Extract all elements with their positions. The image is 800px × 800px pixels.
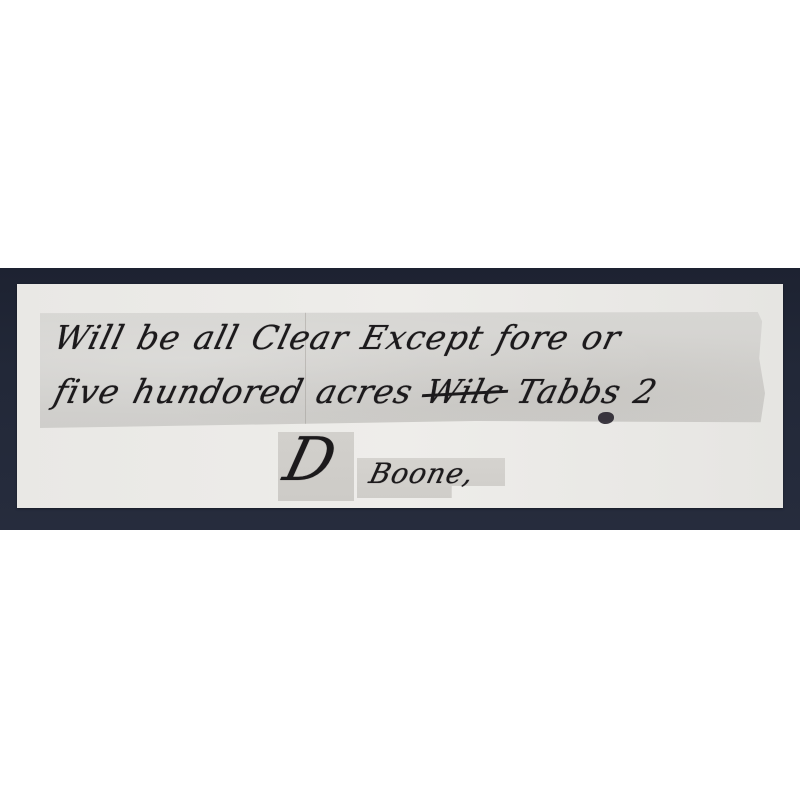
signature-surname: Boone, (367, 460, 478, 488)
word: Will (50, 318, 129, 357)
word: acres (312, 372, 417, 411)
manuscript-line-2: fivehundoredacresWilcTabbs2 (50, 372, 676, 411)
word: five (50, 372, 125, 411)
word: Except (357, 318, 488, 357)
word: be (133, 318, 185, 357)
word: Tabbs (513, 372, 626, 411)
manuscript-line-1: WillbeallClearExceptforeor (50, 318, 639, 357)
word: Clear (248, 318, 354, 357)
word: 2 (630, 372, 662, 411)
struck-through-word: Wilc (422, 372, 509, 411)
word: fore (493, 318, 574, 357)
photo-stage: WillbeallClearExceptforeor fivehundoreda… (0, 0, 800, 800)
word: or (578, 318, 625, 357)
word: all (190, 318, 244, 357)
word: hundored (129, 372, 308, 411)
